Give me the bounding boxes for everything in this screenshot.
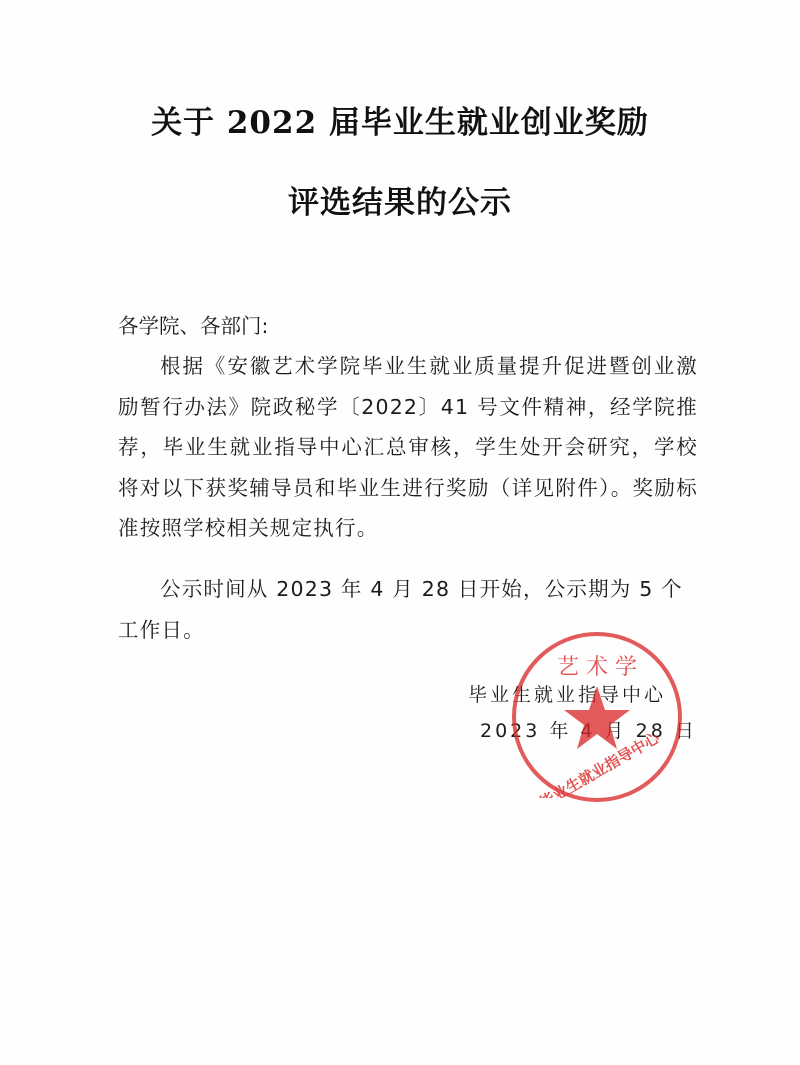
body-paragraph: 根据《安徽艺术学院毕业生就业质量提升促进暨创业激励暂行办法》院政秘学〔2022〕…	[118, 346, 698, 549]
official-seal: 艺 术 学 毕业生就业指导中心	[512, 632, 682, 802]
seal-top-text: 艺 术 学	[557, 655, 637, 680]
document-title-line2: 评选结果的公示	[0, 177, 800, 222]
document-title-line1: 关于 2022 届毕业生就业创业奖励	[0, 97, 800, 142]
seal-bottom-text: 毕业生就业指导中心	[537, 728, 664, 798]
seal-star-icon: 艺 术 学 毕业生就业指导中心	[516, 636, 678, 798]
salutation: 各学院、各部门:	[118, 306, 698, 347]
